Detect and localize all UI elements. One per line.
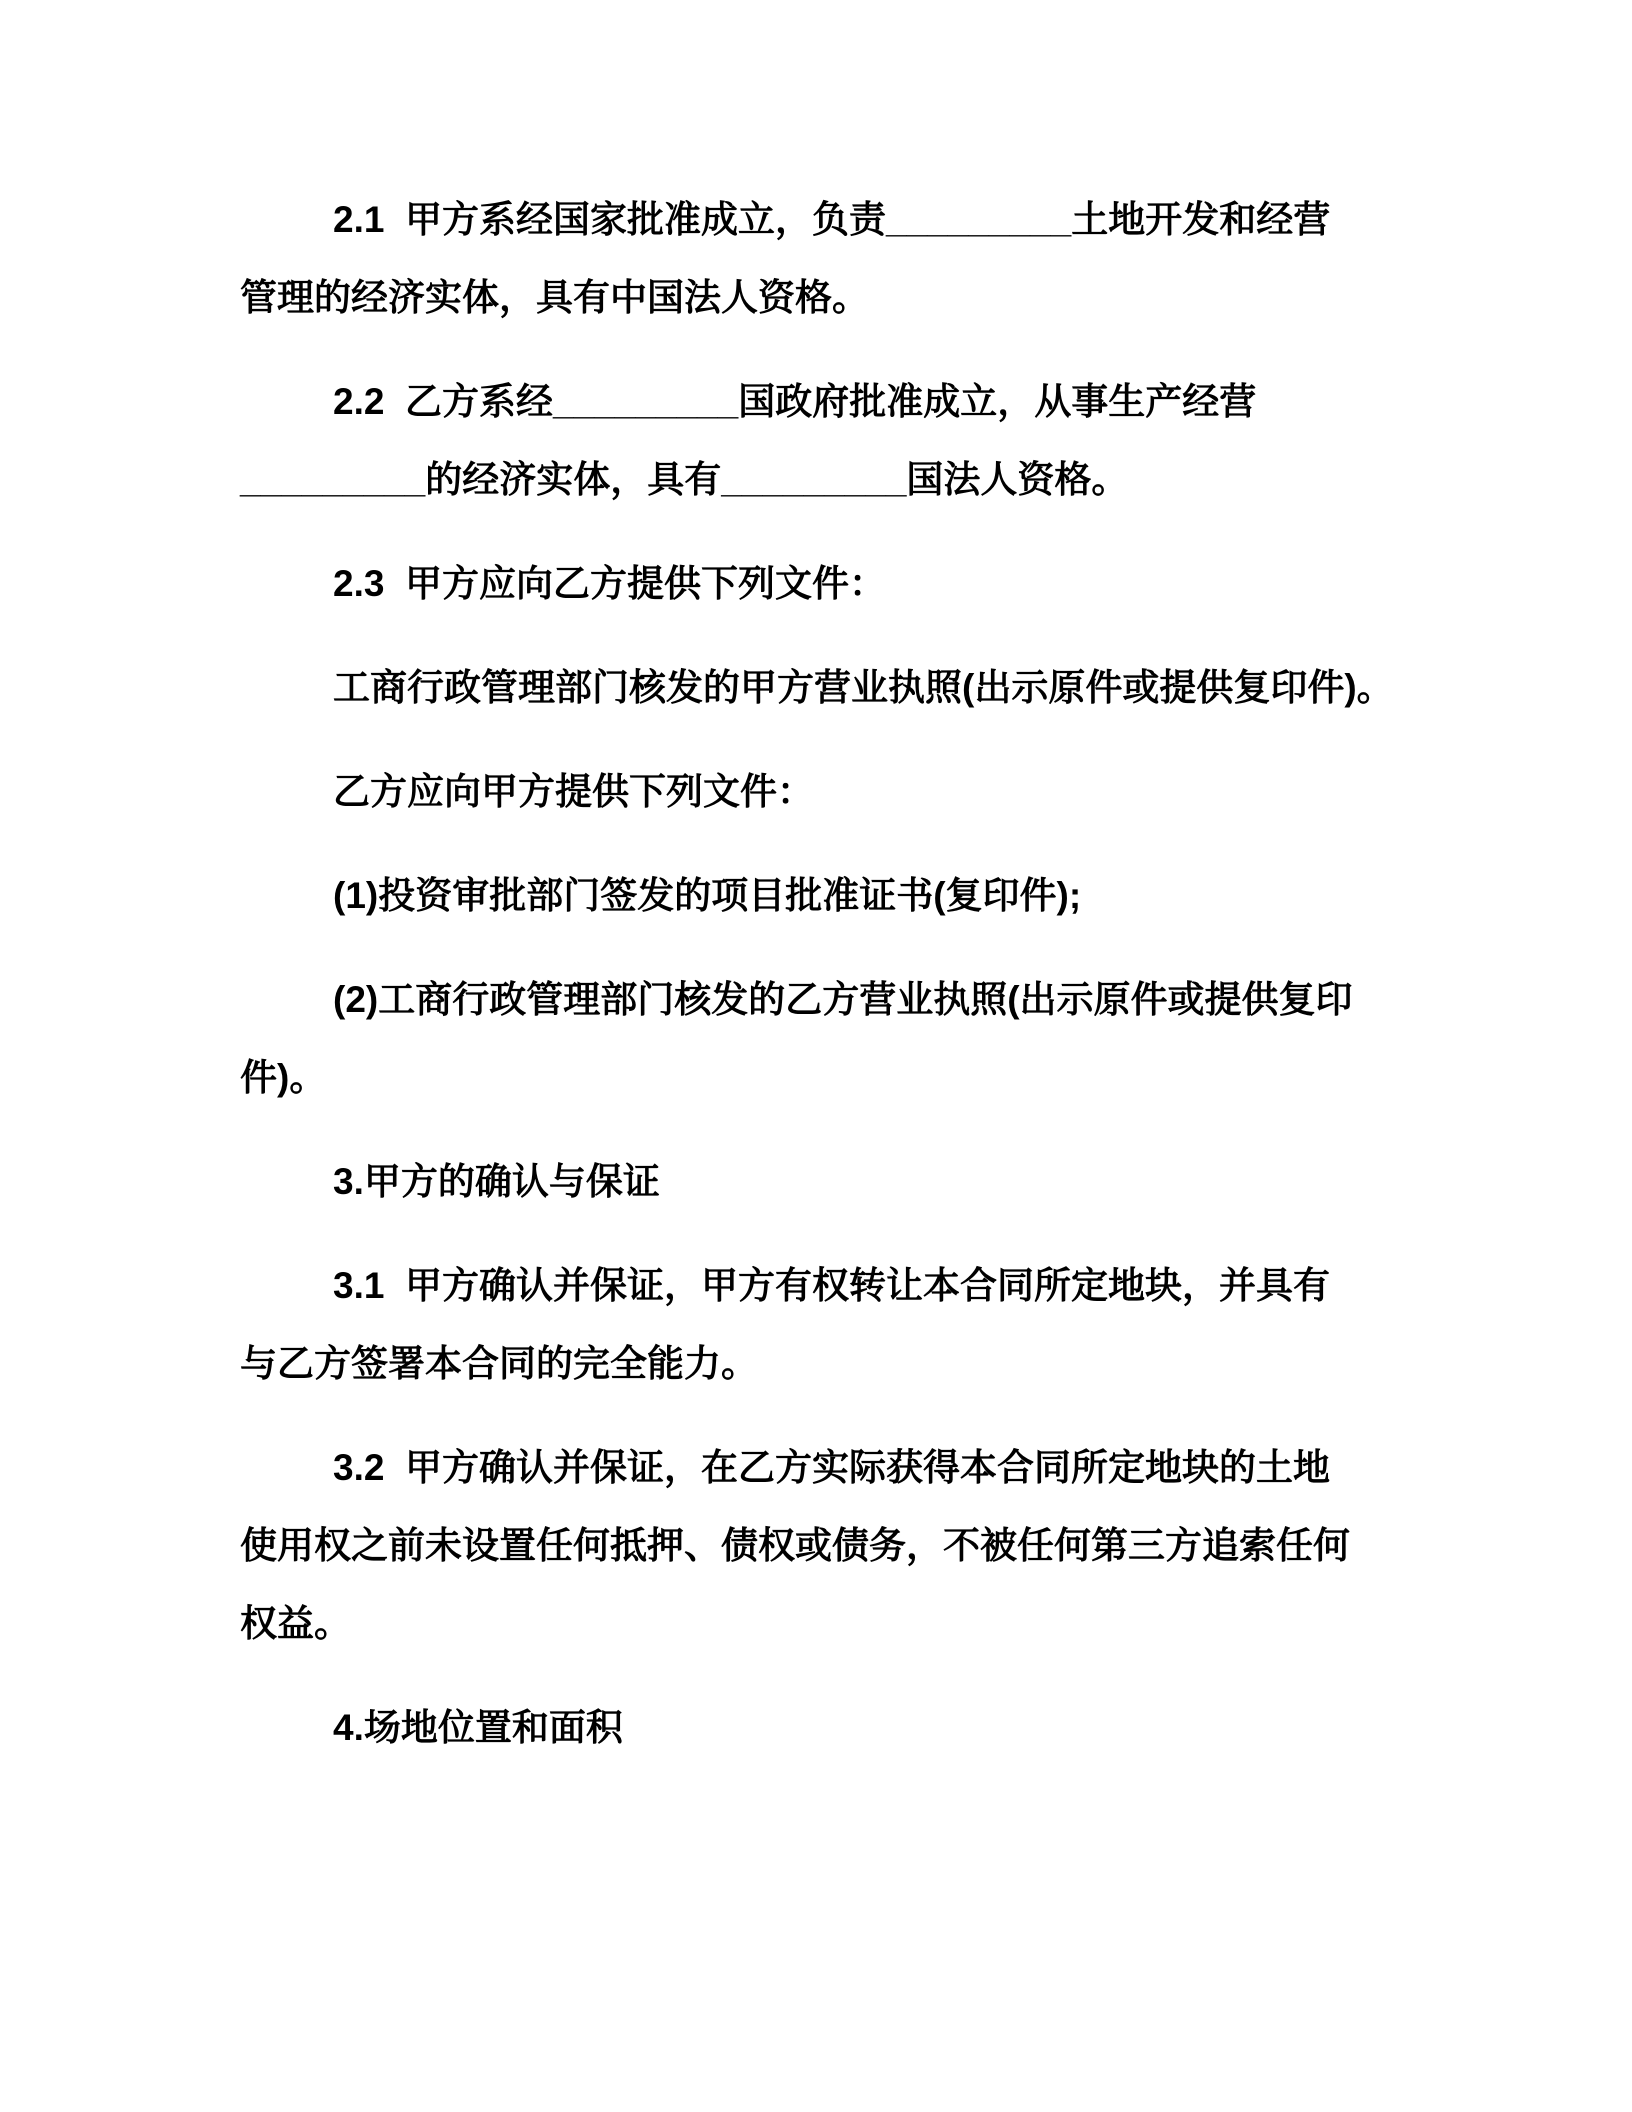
text-line: (1)投资审批部门签发的项目批准证书(复印件); [240,857,1482,935]
clause-3-2: 3.2 甲方确认并保证，在乙方实际获得本合同所定地块的土地 使用权之前未设置任何… [240,1429,1482,1663]
clause-4-heading: 4.场地位置和面积 [240,1689,1482,1767]
text-line: 与乙方签署本合同的完全能力。 [240,1325,1482,1403]
text-line: 件)。 [240,1039,1482,1117]
document-page: 2.1 甲方系经国家批准成立，负责_________土地开发和经营 管理的经济实… [0,0,1632,2112]
text-line: 2.2 乙方系经_________国政府批准成立，从事生产经营 [240,363,1482,441]
clause-3-1: 3.1 甲方确认并保证，甲方有权转让本合同所定地块，并具有 与乙方签署本合同的完… [240,1247,1482,1403]
text-line: 4.场地位置和面积 [240,1689,1482,1767]
text-line: 管理的经济实体，具有中国法人资格。 [240,259,1482,337]
text-line: 3.2 甲方确认并保证，在乙方实际获得本合同所定地块的土地 [240,1429,1482,1507]
text-line: 2.3 甲方应向乙方提供下列文件： [240,545,1482,623]
text-line: 3.1 甲方确认并保证，甲方有权转让本合同所定地块，并具有 [240,1247,1482,1325]
clause-2-3-item-b: 乙方应向甲方提供下列文件： [240,753,1482,831]
clause-2-3: 2.3 甲方应向乙方提供下列文件： [240,545,1482,623]
text-line: 乙方应向甲方提供下列文件： [240,753,1482,831]
text-line: 2.1 甲方系经国家批准成立，负责_________土地开发和经营 [240,181,1482,259]
clause-2-2: 2.2 乙方系经_________国政府批准成立，从事生产经营 ________… [240,363,1482,519]
clause-3-heading: 3.甲方的确认与保证 [240,1143,1482,1221]
text-line: 使用权之前未设置任何抵押、债权或债务，不被任何第三方追索任何 [240,1507,1482,1585]
clause-2-3-subitem-2: (2)工商行政管理部门核发的乙方营业执照(出示原件或提供复印 件)。 [240,961,1482,1117]
clause-2-1: 2.1 甲方系经国家批准成立，负责_________土地开发和经营 管理的经济实… [240,181,1482,337]
text-line: 权益。 [240,1585,1482,1663]
clause-2-3-item-a: 工商行政管理部门核发的甲方营业执照(出示原件或提供复印件)。 [240,649,1482,727]
clause-2-3-subitem-1: (1)投资审批部门签发的项目批准证书(复印件); [240,857,1482,935]
text-line: 3.甲方的确认与保证 [240,1143,1482,1221]
text-line: _________的经济实体，具有_________国法人资格。 [240,441,1482,519]
text-line: (2)工商行政管理部门核发的乙方营业执照(出示原件或提供复印 [240,961,1482,1039]
contract-body: 2.1 甲方系经国家批准成立，负责_________土地开发和经营 管理的经济实… [0,0,1632,1767]
text-line: 工商行政管理部门核发的甲方营业执照(出示原件或提供复印件)。 [240,649,1482,727]
